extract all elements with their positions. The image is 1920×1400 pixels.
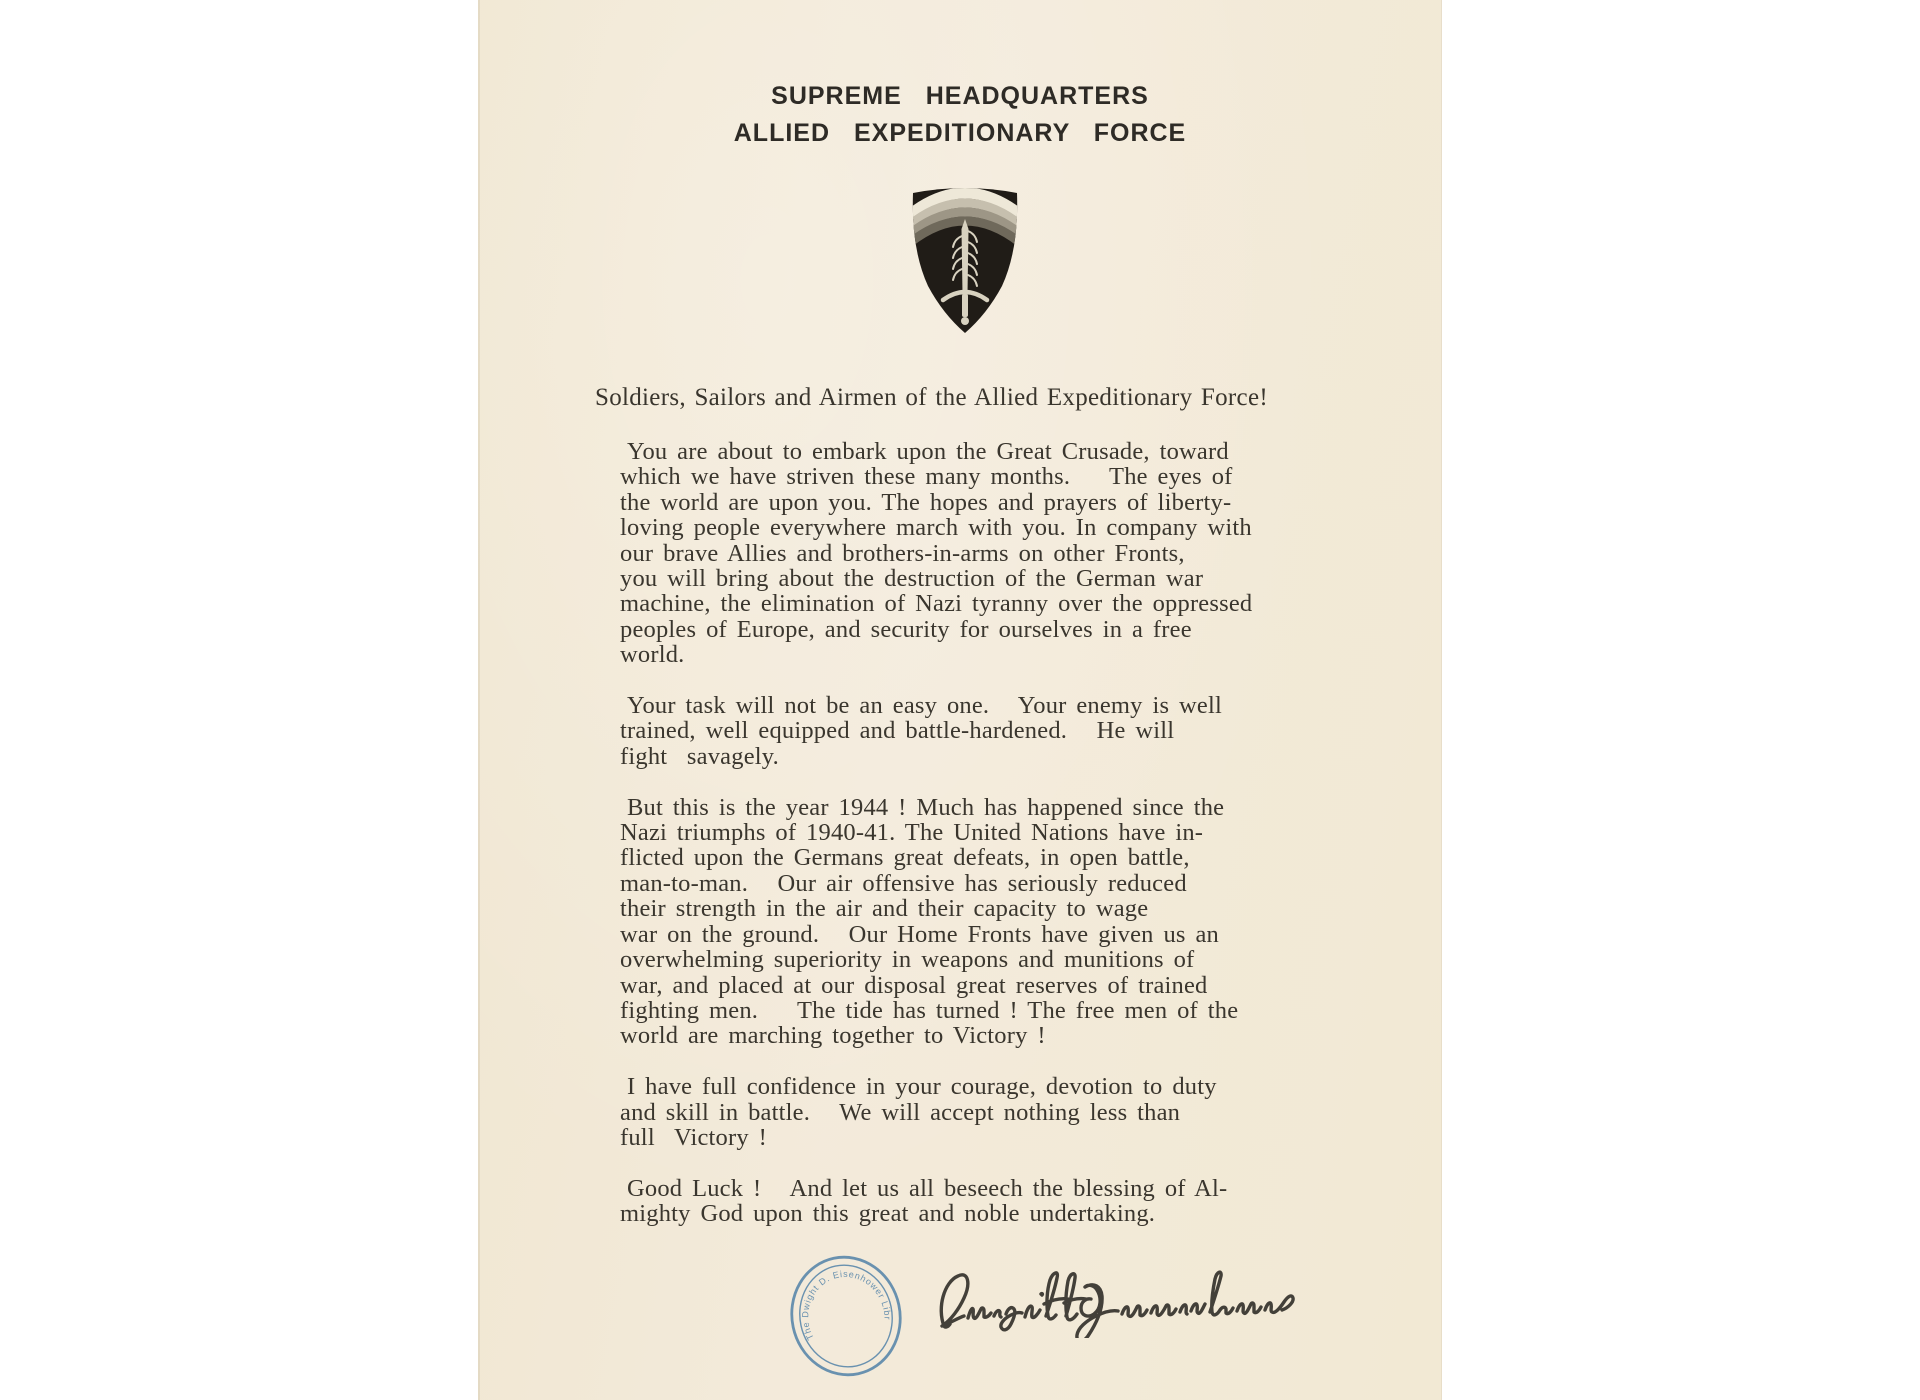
- body-line: mighty God upon this great and noble und…: [620, 1201, 1252, 1226]
- body-line: and skill in battle. We will accept noth…: [620, 1100, 1252, 1125]
- body-line: But this is the year 1944 ! Much has hap…: [620, 795, 1252, 820]
- paragraph: Good Luck ! And let us all beseech the b…: [620, 1176, 1252, 1227]
- body-line: You are about to embark upon the Great C…: [620, 439, 1252, 464]
- body-line: Your task will not be an easy one. Your …: [620, 693, 1252, 718]
- paragraph: Your task will not be an easy one. Your …: [620, 693, 1252, 769]
- page-background: SUPREME HEADQUARTERS ALLIED EXPEDITIONAR…: [0, 0, 1920, 1400]
- letter-body: You are about to embark upon the Great C…: [620, 439, 1252, 1252]
- body-line: full Victory !: [620, 1125, 1252, 1150]
- body-line: fighting men. The tide has turned ! The …: [620, 998, 1252, 1023]
- body-line: I have full confidence in your courage, …: [620, 1074, 1252, 1099]
- eisenhower-signature: [928, 1266, 1300, 1338]
- body-line: trained, well equipped and battle-harden…: [620, 718, 1252, 743]
- body-line: world.: [620, 642, 1252, 667]
- body-line: Nazi triumphs of 1940-41. The United Nat…: [620, 820, 1252, 845]
- shaef-shield-emblem: [905, 181, 1025, 337]
- body-line: flicted upon the Germans great defeats, …: [620, 845, 1252, 870]
- body-line: our brave Allies and brothers-in-arms on…: [620, 541, 1252, 566]
- body-line: man-to-man. Our air offensive has seriou…: [620, 871, 1252, 896]
- paragraph: You are about to embark upon the Great C…: [620, 439, 1252, 668]
- masthead-line-1: SUPREME HEADQUARTERS: [478, 84, 1442, 109]
- body-line: peoples of Europe, and security for ours…: [620, 617, 1252, 642]
- paragraph: But this is the year 1944 ! Much has hap…: [620, 795, 1252, 1049]
- paragraph: I have full confidence in your courage, …: [620, 1074, 1252, 1150]
- body-line: war, and placed at our disposal great re…: [620, 973, 1252, 998]
- salutation: Soldiers, Sailors and Airmen of the Alli…: [595, 385, 1268, 411]
- body-line: overwhelming superiority in weapons and …: [620, 947, 1252, 972]
- body-line: world are marching together to Victory !: [620, 1023, 1252, 1048]
- body-line: machine, the elimination of Nazi tyranny…: [620, 591, 1252, 616]
- body-line: fight savagely.: [620, 744, 1252, 769]
- eisenhower-library-stamp: The Dwight D. Eisenhower Library: [785, 1253, 907, 1379]
- body-line: loving people everywhere march with you.…: [620, 515, 1252, 540]
- body-line: which we have striven these many months.…: [620, 464, 1252, 489]
- masthead-line-2: ALLIED EXPEDITIONARY FORCE: [478, 121, 1442, 146]
- body-line: the world are upon you. The hopes and pr…: [620, 490, 1252, 515]
- body-line: Good Luck ! And let us all beseech the b…: [620, 1176, 1252, 1201]
- body-line: their strength in the air and their capa…: [620, 896, 1252, 921]
- letter-paper: SUPREME HEADQUARTERS ALLIED EXPEDITIONAR…: [478, 0, 1442, 1400]
- body-line: war on the ground. Our Home Fronts have …: [620, 922, 1252, 947]
- body-line: you will bring about the destruction of …: [620, 566, 1252, 591]
- signature-stroke: [941, 1272, 1293, 1338]
